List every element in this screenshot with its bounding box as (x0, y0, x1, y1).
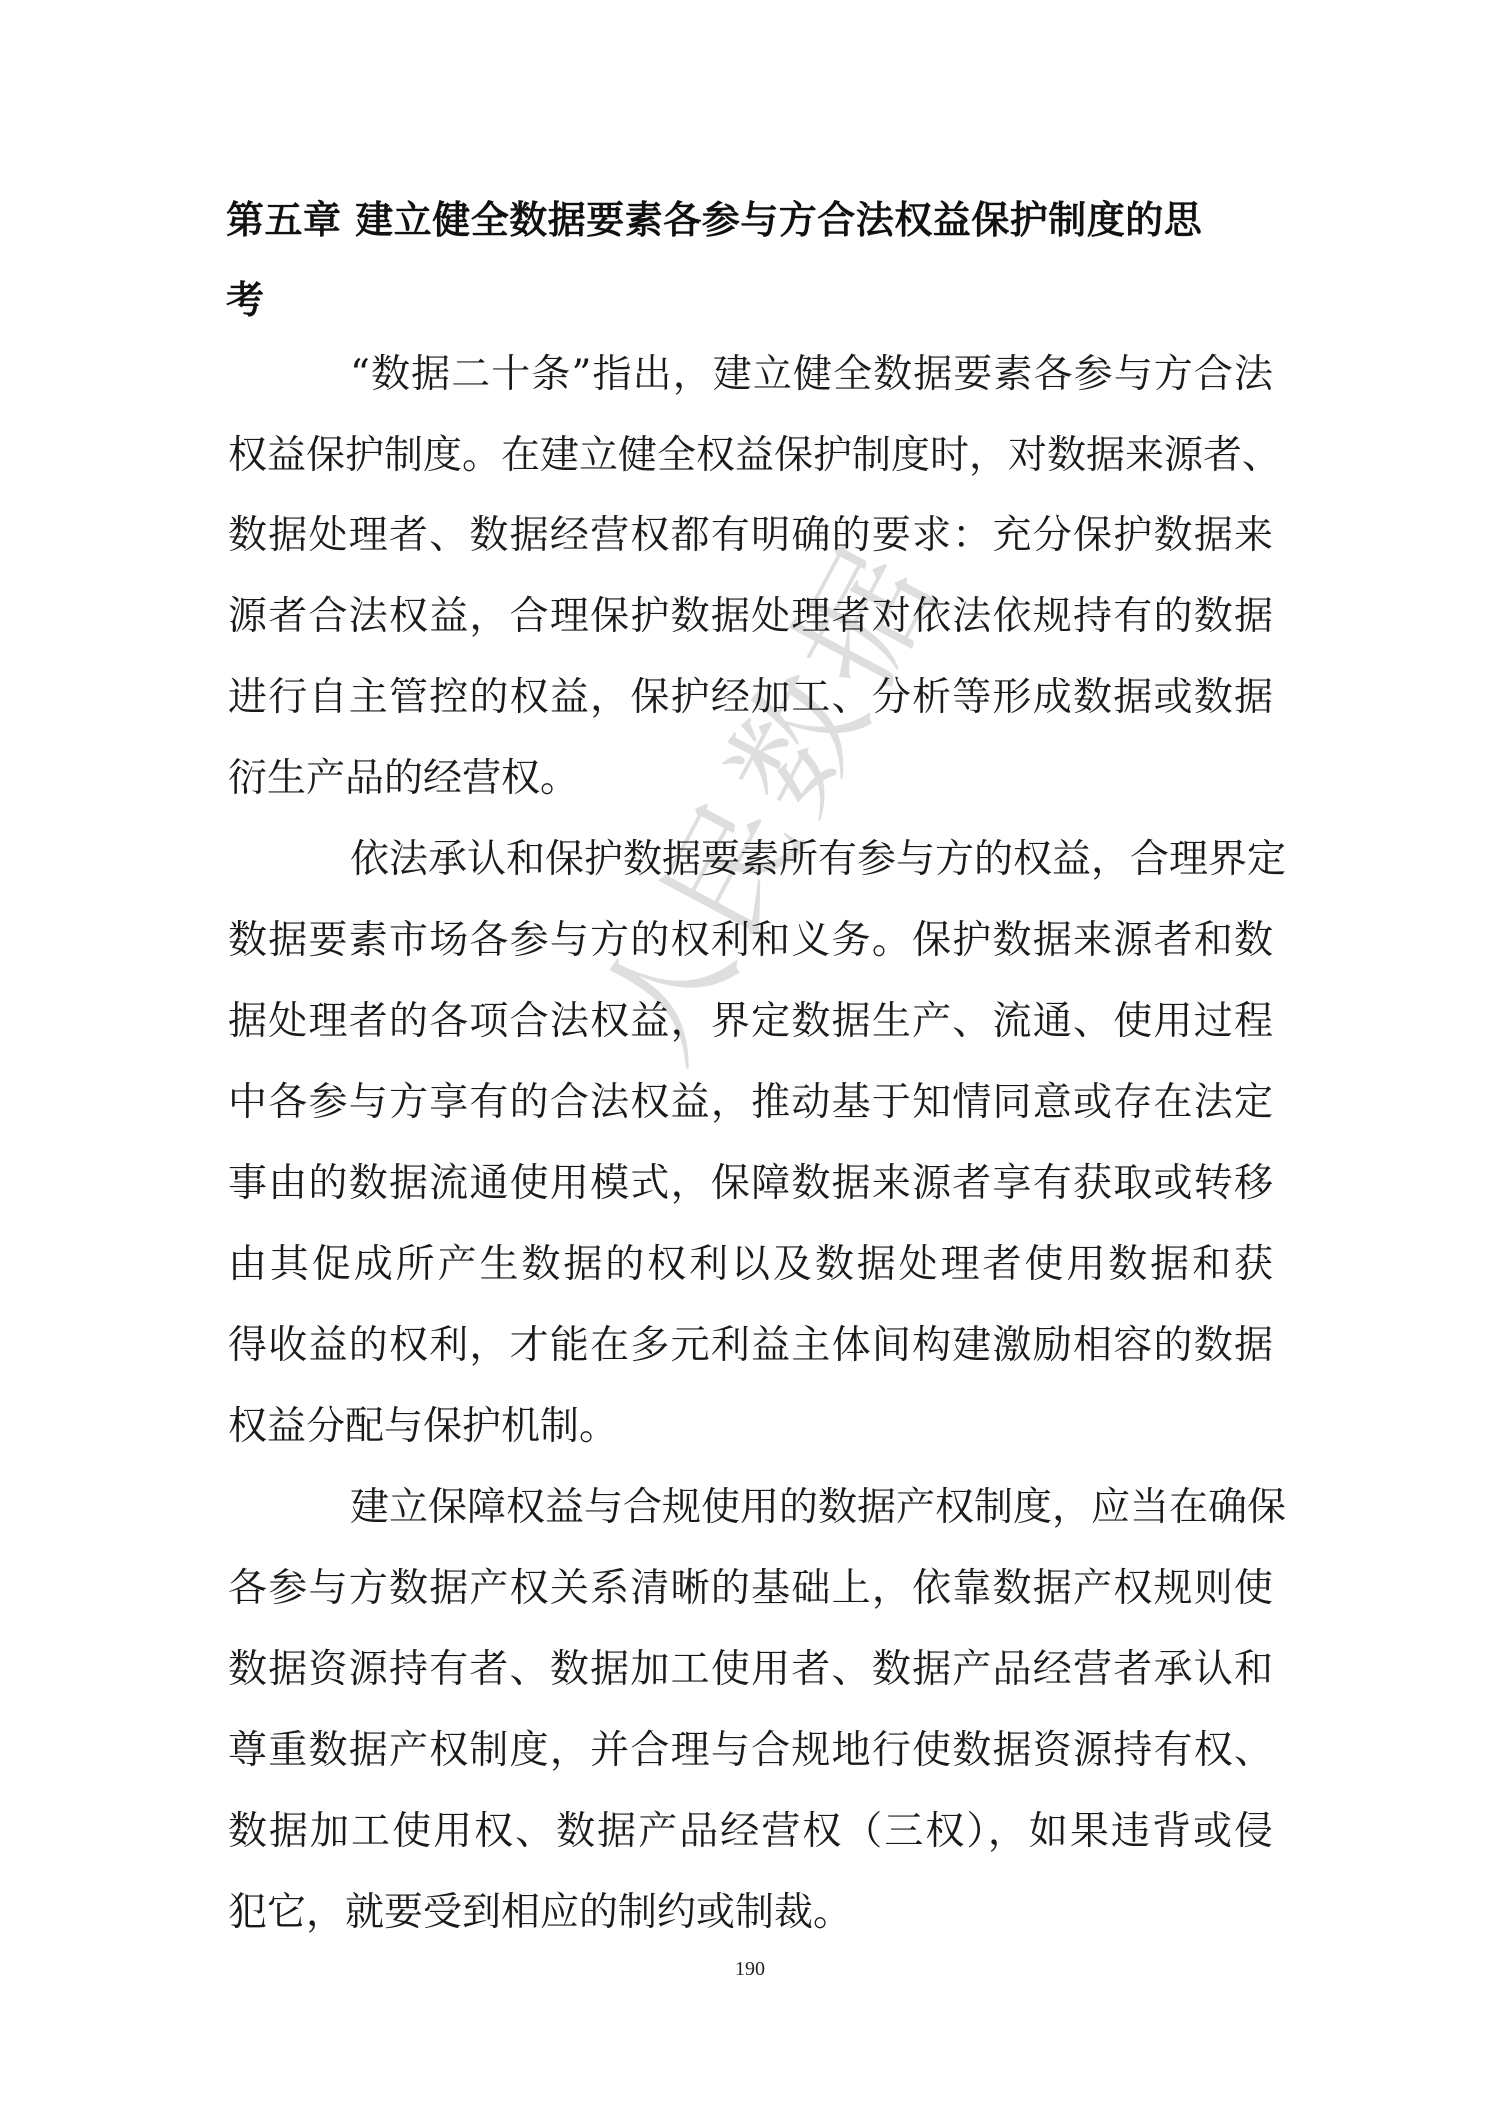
text-line: 中各参与方享有的合法权益，推动基于知情同意或存在法定 (228, 1078, 1273, 1128)
chapter-title-line-1: 第五章 建立健全数据要素各参与方合法权益保护制度的思 (226, 196, 1286, 244)
text-line: “数据二十条”指出，建立健全数据要素各参与方合法 (350, 350, 1273, 400)
text-line: 数据资源持有者、数据加工使用者、数据产品经营者承认和 (228, 1645, 1273, 1695)
text-line: 犯它，就要受到相应的制约或制裁。 (228, 1888, 1273, 1938)
text-line: 源者合法权益，合理保护数据处理者对依法依规持有的数据 (228, 592, 1273, 642)
text-line: 由其促成所产生数据的权利以及数据处理者使用数据和获 (228, 1240, 1273, 1290)
text-line: 依法承认和保护数据要素所有参与方的权益，合理界定 (350, 835, 1273, 885)
document-page: 人民数据 第五章 建立健全数据要素各参与方合法权益保护制度的思 考 “数据二十条… (0, 0, 1500, 2121)
page-number: 190 (0, 1958, 1500, 1981)
text-line: 建立保障权益与合规使用的数据产权制度，应当在确保 (350, 1483, 1273, 1533)
text-line: 各参与方数据产权关系清晰的基础上，依靠数据产权规则使 (228, 1564, 1273, 1614)
text-line: 据处理者的各项合法权益，界定数据生产、流通、使用过程 (228, 997, 1273, 1047)
text-line: 事由的数据流通使用模式，保障数据来源者享有获取或转移 (228, 1159, 1273, 1209)
text-line: 数据加工使用权、数据产品经营权（三权），如果违背或侵 (228, 1807, 1273, 1857)
text-line: 权益保护制度。在建立健全权益保护制度时，对数据来源者、 (228, 431, 1273, 481)
text-line: 尊重数据产权制度，并合理与合规地行使数据资源持有权、 (228, 1726, 1273, 1776)
text-line: 数据处理者、数据经营权都有明确的要求：充分保护数据来 (228, 511, 1273, 561)
text-line: 衍生产品的经营权。 (228, 754, 1273, 804)
text-line: 数据要素市场各参与方的权利和义务。保护数据来源者和数 (228, 916, 1273, 966)
text-line: 进行自主管控的权益，保护经加工、分析等形成数据或数据 (228, 673, 1273, 723)
text-line: 权益分配与保护机制。 (228, 1402, 1273, 1452)
chapter-title-line-2: 考 (226, 276, 1286, 324)
text-line: 得收益的权利，才能在多元利益主体间构建激励相容的数据 (228, 1321, 1273, 1371)
